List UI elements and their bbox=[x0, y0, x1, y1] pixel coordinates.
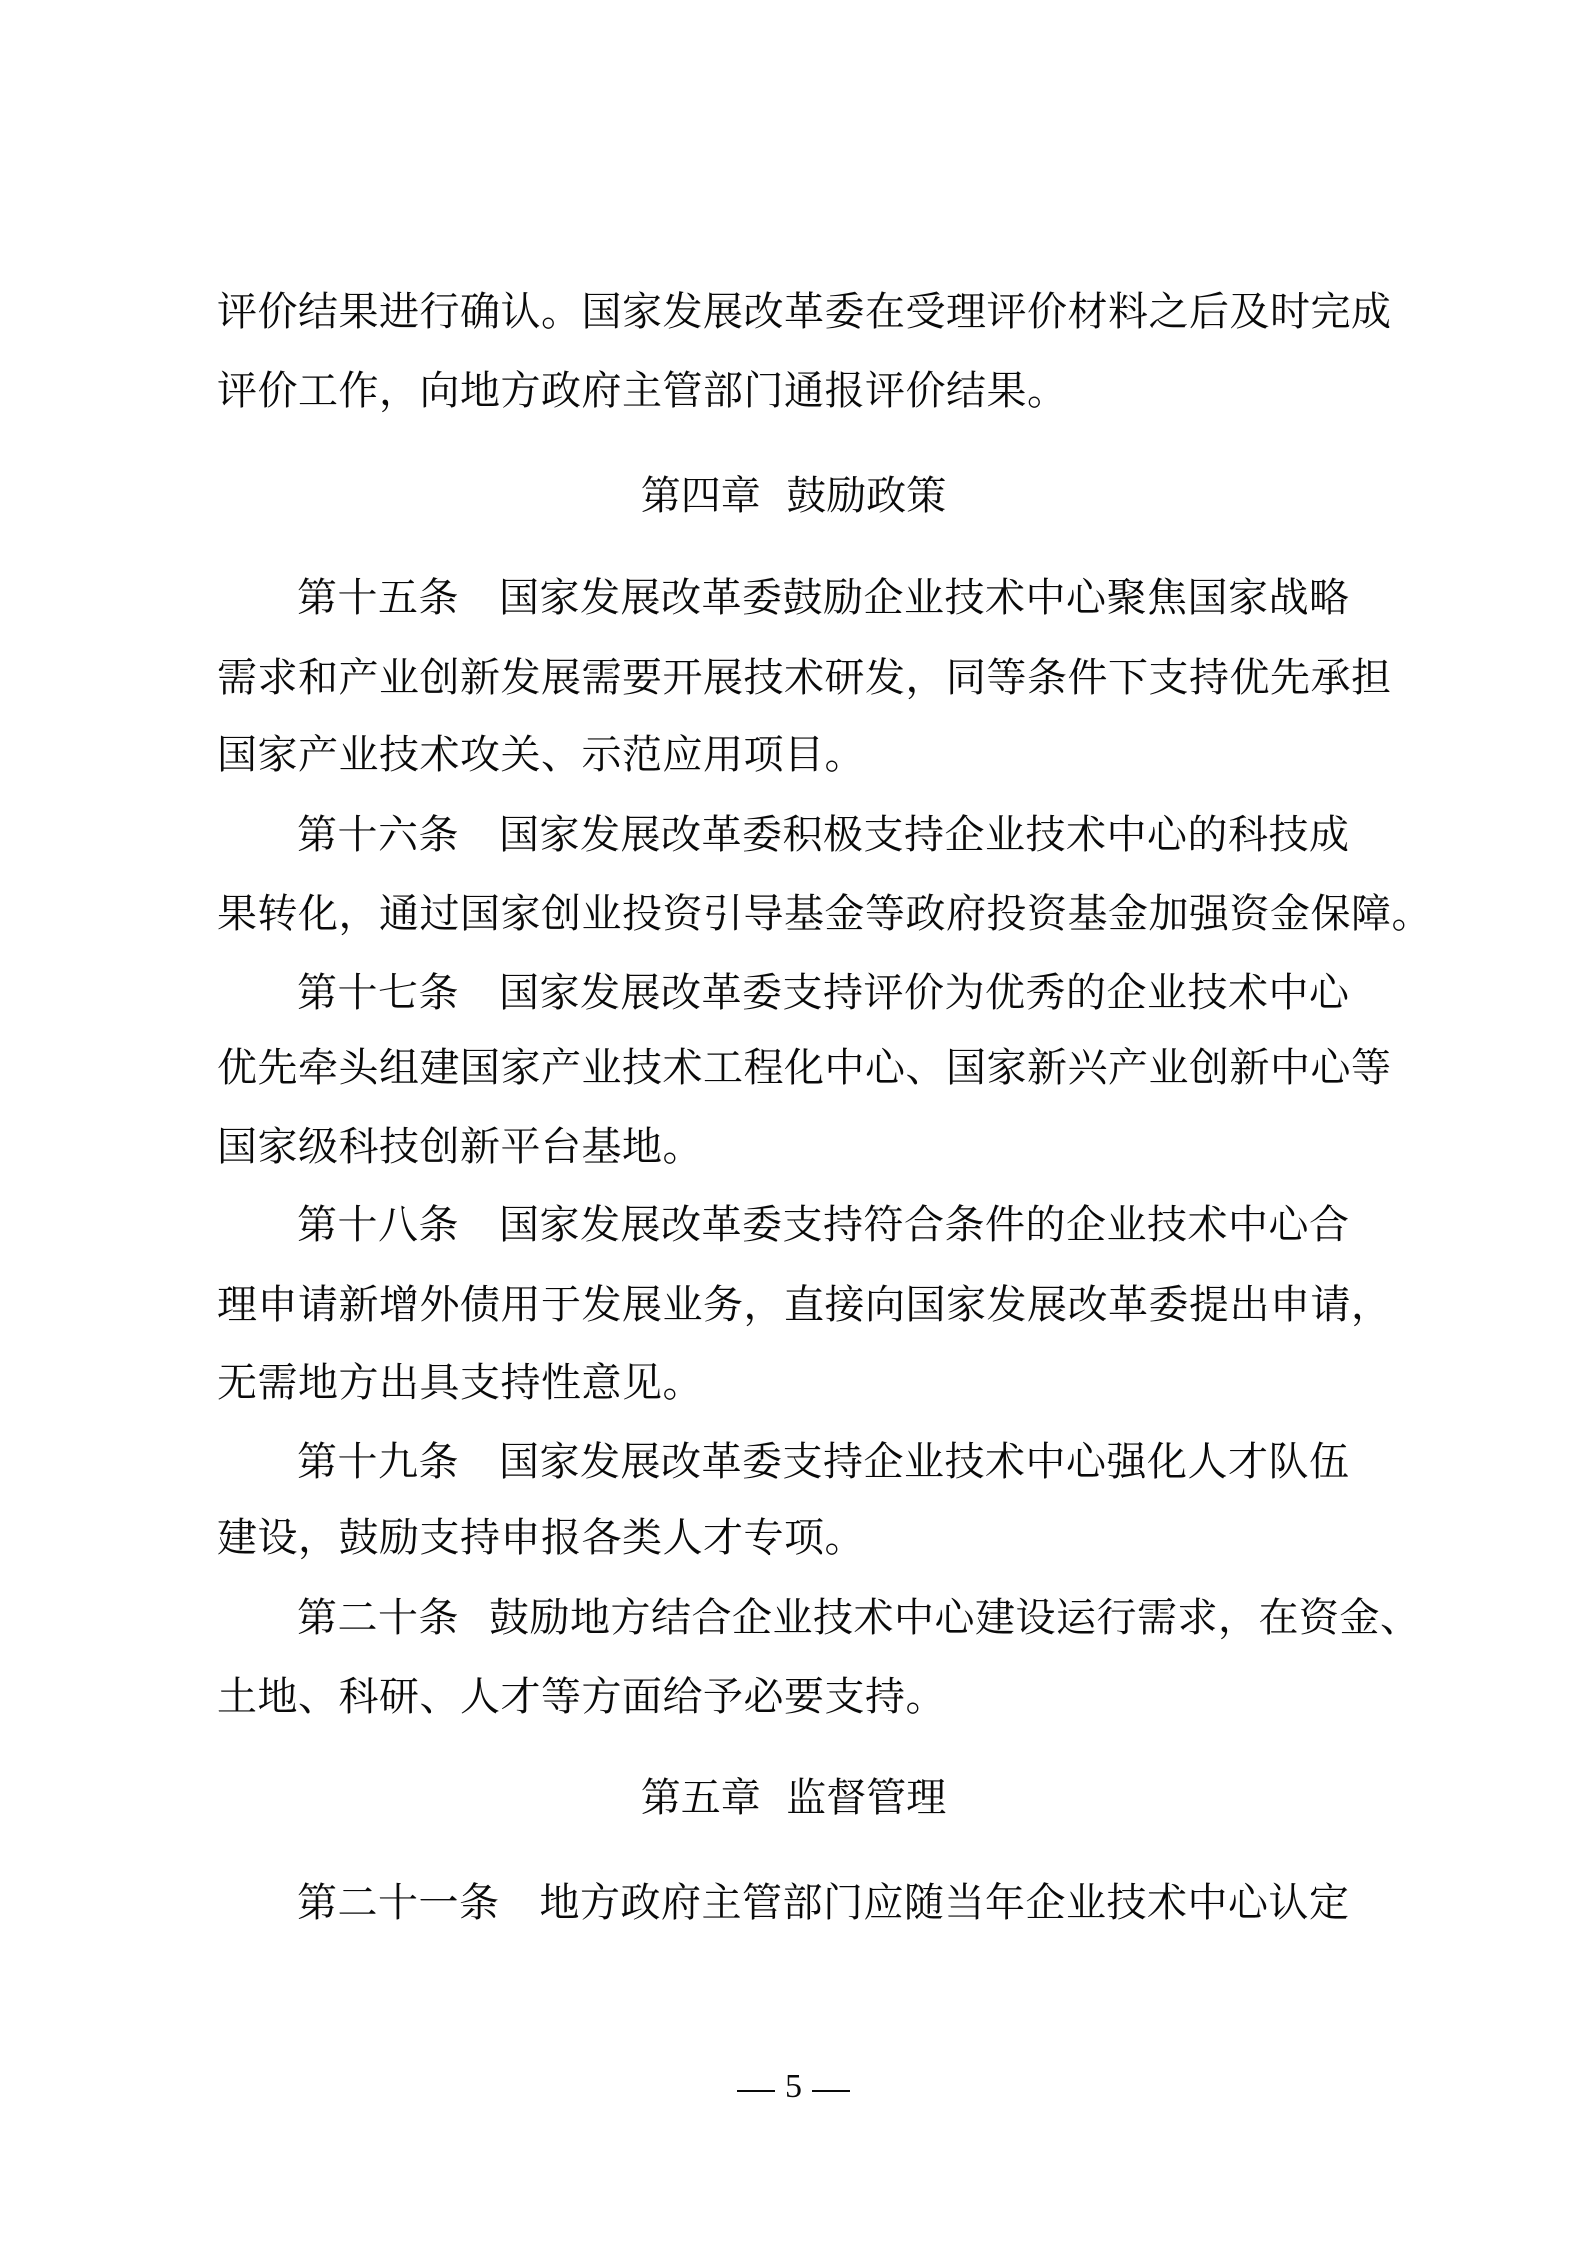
article-number: 第十八条 bbox=[297, 1200, 459, 1250]
article-number: 第二十条 bbox=[297, 1593, 459, 1643]
article-17-first-line: 第十七条国家发展改革委支持评价为优秀的企业技术中心 bbox=[297, 968, 1387, 1018]
paragraph-line: 国家产业技术攻关、示范应用项目。 bbox=[217, 730, 1387, 780]
paragraph-line: 国家级科技创新平台基地。 bbox=[217, 1122, 1387, 1172]
article-text: 国家发展改革委鼓励企业技术中心聚焦国家战略 bbox=[499, 575, 1350, 621]
paragraph-line: 评价工作，向地方政府主管部门通报评价结果。 bbox=[217, 366, 1387, 416]
article-15-first-line: 第十五条国家发展改革委鼓励企业技术中心聚焦国家战略 bbox=[297, 573, 1387, 623]
dash-left-decoration bbox=[737, 2090, 775, 2092]
paragraph-line: 评价结果进行确认。国家发展改革委在受理评价材料之后及时完成 bbox=[217, 287, 1387, 337]
article-number: 第十九条 bbox=[297, 1437, 459, 1487]
paragraph-line: 果转化，通过国家创业投资引导基金等政府投资基金加强资金保障。 bbox=[217, 889, 1387, 939]
paragraph-line: 优先牵头组建国家产业技术工程化中心、国家新兴产业创新中心等 bbox=[217, 1043, 1387, 1093]
dash-right-decoration bbox=[812, 2090, 850, 2092]
paragraph-line: 无需地方出具支持性意见。 bbox=[217, 1358, 1387, 1408]
article-text: 国家发展改革委支持评价为优秀的企业技术中心 bbox=[499, 970, 1350, 1016]
chapter-heading-5: 第五章 监督管理 bbox=[0, 1773, 1587, 1823]
article-21-first-line: 第二十一条地方政府主管部门应随当年企业技术中心认定 bbox=[297, 1878, 1387, 1928]
paragraph-line: 土地、科研、人才等方面给予必要支持。 bbox=[217, 1672, 1387, 1722]
paragraph-line: 建设，鼓励支持申报各类人才专项。 bbox=[217, 1513, 1387, 1563]
article-text: 地方政府主管部门应随当年企业技术中心认定 bbox=[540, 1880, 1350, 1926]
article-number: 第十六条 bbox=[297, 810, 459, 860]
article-number: 第十五条 bbox=[297, 573, 459, 623]
article-text: 鼓励地方结合企业技术中心建设运行需求，在资金、 bbox=[489, 1595, 1421, 1641]
paragraph-line: 需求和产业创新发展需要开展技术研发，同等条件下支持优先承担 bbox=[217, 653, 1387, 703]
article-text: 国家发展改革委支持企业技术中心强化人才队伍 bbox=[499, 1439, 1350, 1485]
article-16-first-line: 第十六条国家发展改革委积极支持企业技术中心的科技成 bbox=[297, 810, 1387, 860]
article-number: 第二十一条 bbox=[297, 1878, 500, 1928]
page-number: 5 bbox=[785, 2068, 802, 2105]
document-page: 评价结果进行确认。国家发展改革委在受理评价材料之后及时完成 评价工作，向地方政府… bbox=[0, 0, 1587, 2245]
article-19-first-line: 第十九条国家发展改革委支持企业技术中心强化人才队伍 bbox=[297, 1437, 1387, 1487]
page-number-footer: 5 bbox=[0, 2065, 1587, 2109]
article-18-first-line: 第十八条国家发展改革委支持符合条件的企业技术中心合 bbox=[297, 1200, 1387, 1250]
article-text: 国家发展改革委支持符合条件的企业技术中心合 bbox=[499, 1202, 1350, 1248]
article-number: 第十七条 bbox=[297, 968, 459, 1018]
chapter-heading-4: 第四章 鼓励政策 bbox=[0, 471, 1587, 521]
paragraph-line: 理申请新增外债用于发展业务，直接向国家发展改革委提出申请， bbox=[217, 1280, 1387, 1330]
article-text: 国家发展改革委积极支持企业技术中心的科技成 bbox=[499, 812, 1350, 858]
article-20-first-line: 第二十条鼓励地方结合企业技术中心建设运行需求，在资金、 bbox=[297, 1593, 1387, 1643]
